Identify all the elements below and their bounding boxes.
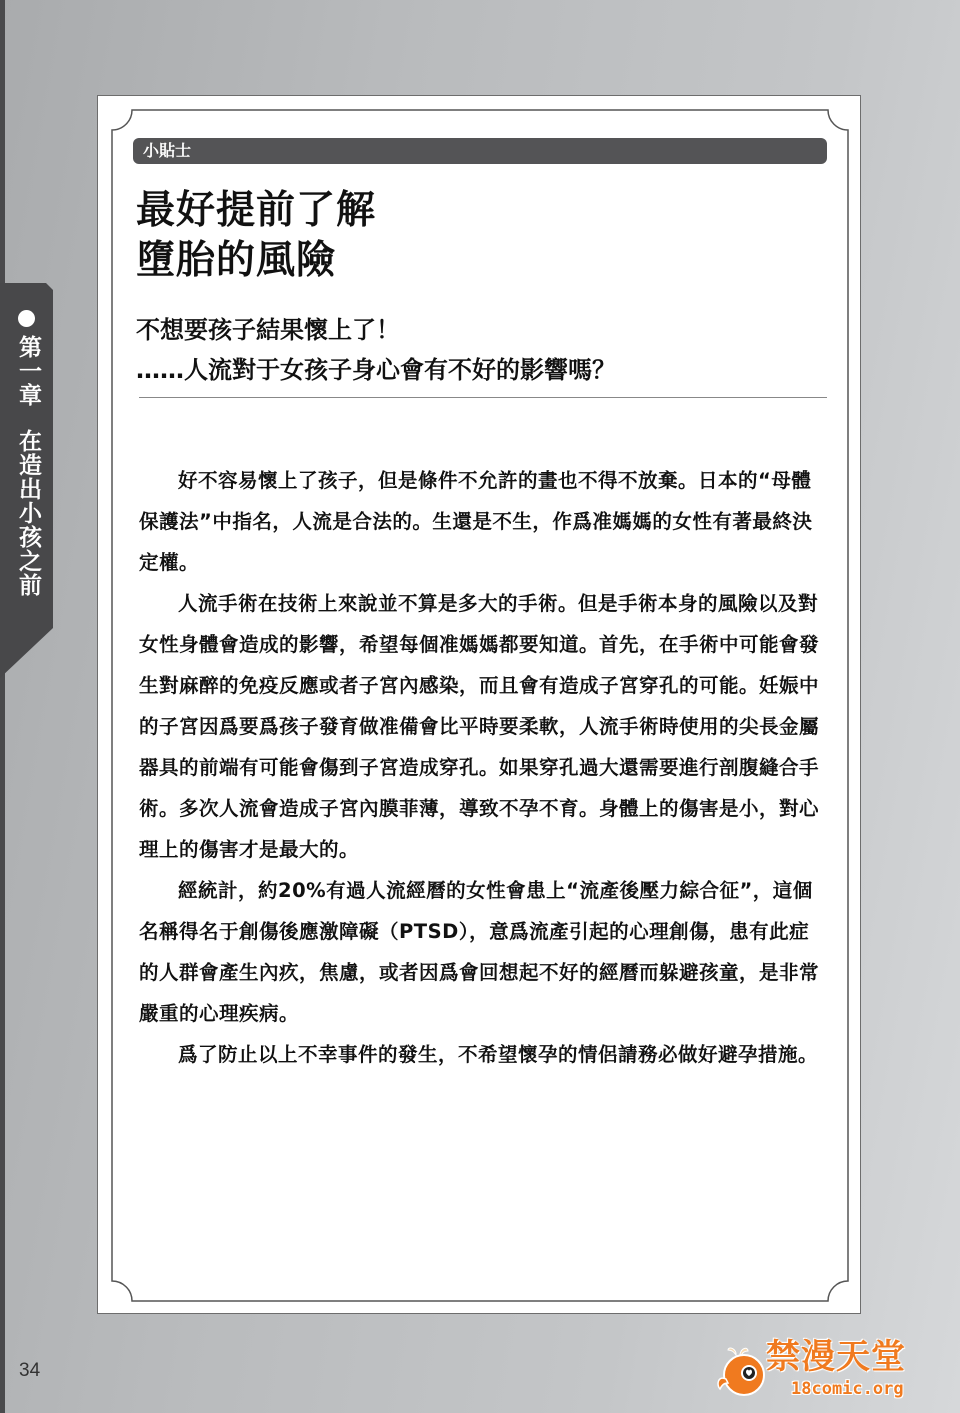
article-body: 好不容易懷上了孩子，但是條件不允許的畫也不得不放棄。日本的“母體保護法”中指名，… (139, 460, 829, 1075)
subtitle: 不想要孩子結果懷上了！ ……人流對于女孩子身心會有不好的影響嗎？ (136, 310, 616, 390)
watermark-url: 18comic.org (791, 1379, 904, 1399)
page-number: 34 (19, 1360, 40, 1382)
paragraph: 人流手術在技術上來說並不算是多大的手術。但是手術本身的風險以及對女性身體會造成的… (139, 583, 829, 870)
tip-header-bar: 小貼士 (133, 138, 827, 164)
section-divider (139, 397, 827, 398)
page-title: 最好提前了解 墮胎的風險 (136, 186, 376, 286)
paragraph: 好不容易懷上了孩子，但是條件不允許的畫也不得不放棄。日本的“母體保護法”中指名，… (139, 460, 829, 583)
watermark: 禁漫天堂 18comic.org (698, 1333, 938, 1408)
chapter-number: 第一章 (15, 335, 41, 407)
subtitle-line-2: ……人流對于女孩子身心會有不好的影響嗎？ (136, 350, 616, 390)
title-line-1: 最好提前了解 (136, 186, 376, 236)
subtitle-line-1: 不想要孩子結果懷上了！ (136, 310, 616, 350)
mascot-logo-icon (714, 1345, 772, 1397)
chapter-tab: 第一章在造出小孩之前 (0, 283, 53, 678)
bullet-dot-icon (18, 310, 35, 327)
paragraph: 爲了防止以上不幸事件的發生，不希望懷孕的情侶請務必做好避孕措施。 (139, 1034, 829, 1075)
chapter-label: 第一章在造出小孩之前 (14, 335, 40, 597)
page-spine-edge (0, 0, 5, 1413)
title-line-2: 墮胎的風險 (136, 236, 376, 286)
chapter-title: 在造出小孩之前 (15, 429, 41, 597)
watermark-title: 禁漫天堂 (766, 1337, 906, 1377)
paragraph: 經統計，約20%有過人流經曆的女性會患上“流產後壓力綜合征”，這個名稱得名于創傷… (139, 870, 829, 1034)
tip-label: 小貼士 (143, 140, 191, 162)
